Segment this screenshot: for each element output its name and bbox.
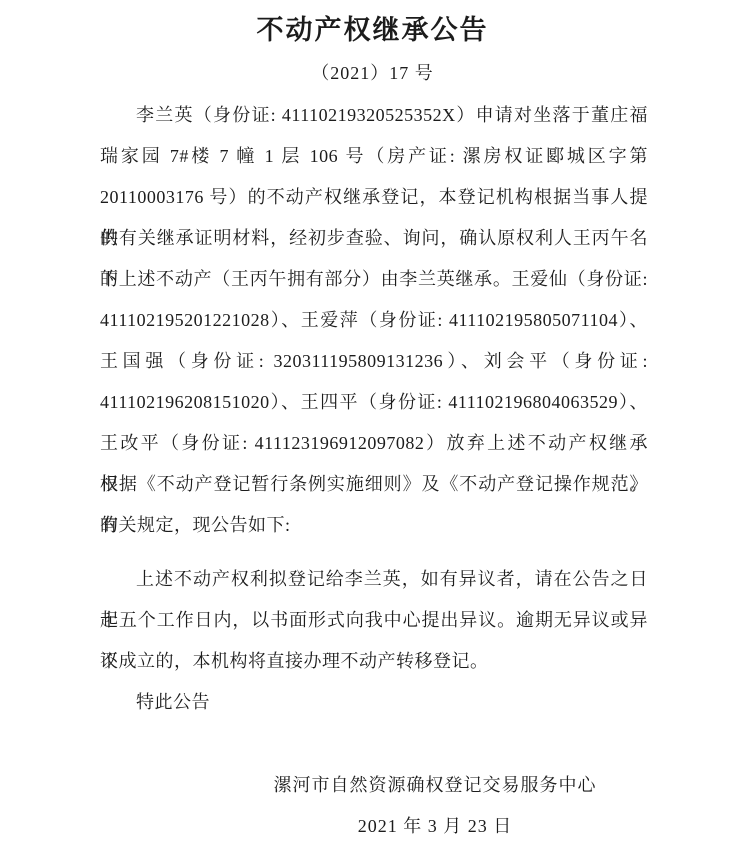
issuer-signature: 漯河市自然资源确权登记交易服务中心 [245, 765, 625, 806]
body-line: 瑞家园 7#楼 7 幢 1 层 106 号（房产证: 漯房权证郾城区字第 [100, 136, 648, 177]
signature-block: 漯河市自然资源确权登记交易服务中心 2021 年 3 月 23 日 [245, 765, 625, 842]
body-line: 李兰英（身份证: 41110219320525352X）申请对坐落于董庄福 [100, 95, 648, 136]
body-line: 根据《不动产登记暂行条例实施细则》及《不动产登记操作规范》的 [100, 464, 648, 505]
body-line: 十五个工作日内，以书面形式向我中心提出异议。逾期无异议或异议 [100, 600, 648, 641]
body-line: 不成立的，本机构将直接办理不动产转移登记。 [100, 641, 648, 682]
body-line: 的有关继承证明材料，经初步查验、询问，确认原权利人王丙午名下 [100, 218, 648, 259]
body-line: 上述不动产权利拟登记给李兰英，如有异议者，请在公告之日起 [100, 559, 648, 600]
document-title: 不动产权继承公告 [0, 0, 745, 47]
announcement-document: 不动产权继承公告 （2021）17 号 李兰英（身份证: 41110219320… [0, 0, 745, 842]
document-number: （2021）17 号 [0, 60, 745, 86]
body-line: 411102195201221028）、王爱萍（身份证: 41110219580… [100, 300, 648, 341]
body-line: 王改平（身份证: 411123196912097082）放弃上述不动产权继承权。 [100, 423, 648, 464]
body-line: 20110003176 号）的不动产权继承登记，本登记机构根据当事人提供 [100, 177, 648, 218]
issue-date: 2021 年 3 月 23 日 [245, 806, 625, 842]
body-line: 411102196208151020）、王四平（身份证: 41110219680… [100, 382, 648, 423]
closing-statement: 特此公告 [100, 682, 648, 723]
body-line: 的上述不动产（王丙午拥有部分）由李兰英继承。王爱仙（身份证: [100, 259, 648, 300]
body-line: 王国强（身份证: 320311195809131236）、刘会平（身份证: [100, 341, 648, 382]
document-body: 李兰英（身份证: 41110219320525352X）申请对坐落于董庄福 瑞家… [100, 95, 648, 723]
body-line: 有关规定，现公告如下: [100, 505, 648, 546]
